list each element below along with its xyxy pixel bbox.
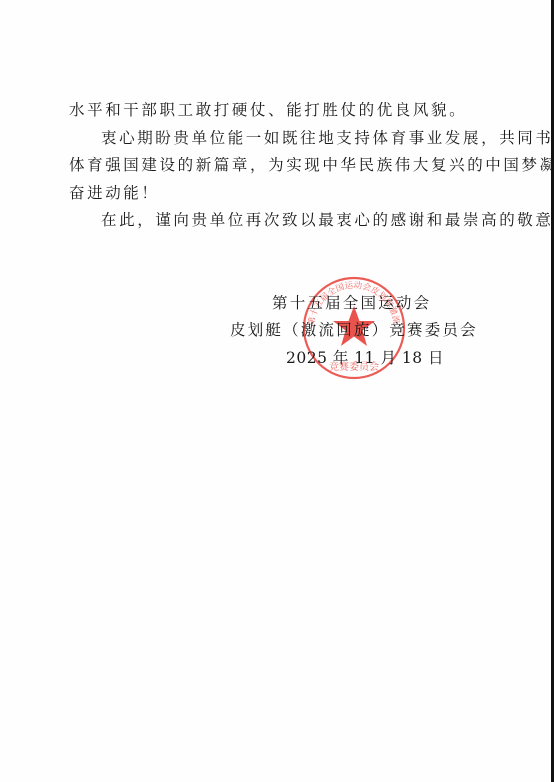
body-line-3: 体育强国建设的新篇章，为实现中华民族伟大复兴的中国梦凝聚 xyxy=(69,155,554,175)
signature-date: 2025 年 11 月 18 日 xyxy=(286,348,444,368)
body-line-5: 在此，谨向贵单位再次致以最衷心的感谢和最崇高的敬意！ xyxy=(101,210,554,230)
body-line-2: 衷心期盼贵单位能一如既往地支持体育事业发展，共同书写 xyxy=(101,128,554,148)
signature-org-line-2: 皮划艇（激流回旋）竞赛委员会 xyxy=(230,320,478,340)
document-page: 水平和干部职工敢打硬仗、能打胜仗的优良风貌。 衷心期盼贵单位能一如既往地支持体育… xyxy=(0,0,551,782)
signature-org-line-1: 第十五届全国运动会 xyxy=(272,293,431,313)
body-line-1: 水平和干部职工敢打硬仗、能打胜仗的优良风貌。 xyxy=(69,100,467,120)
body-line-4: 奋进动能！ xyxy=(69,183,160,203)
